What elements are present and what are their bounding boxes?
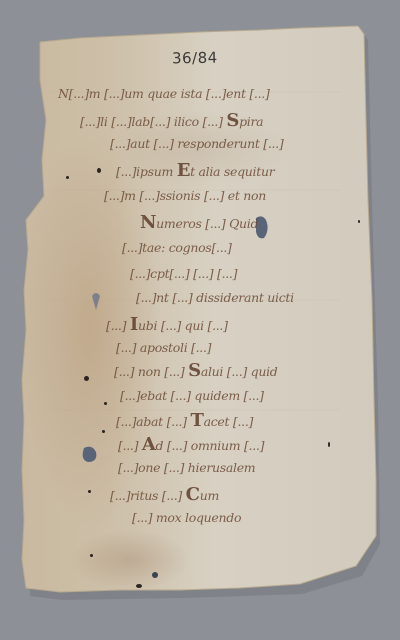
text-line: [...]m [...]ssionis [...] et non [104, 188, 266, 203]
text-line: [...]cpt[...] [...] [...] [130, 266, 237, 281]
text-line: N[...]m [...]um quae ista [...]ent [...] [58, 86, 270, 101]
text-line: [...]abat [...] Tacet [...] [116, 410, 253, 431]
text-line: [...] Iubi [...] qui [...] [106, 314, 228, 335]
text-line: [...]nt [...] dissiderant uicti [136, 290, 294, 305]
text-line: [...]ritus [...] Cum [110, 484, 219, 505]
text-line: [...] mox loquendo [132, 510, 241, 525]
text-line: [...]one [...] hierusalem [118, 460, 255, 475]
text-line: [...]li [...]lab[...] ilico [...] Spira [80, 110, 263, 131]
text-line: [...] non [...] Salui [...] quid [114, 360, 277, 381]
text-line: [...]aut [...] responderunt [...] [110, 136, 283, 151]
manuscript-text: N[...]m [...]um quae ista [...]ent [...]… [0, 0, 400, 640]
manuscript-photo: 36/84 N[...]m [...]um quae ista [...]ent… [0, 0, 400, 640]
text-line: [...] apostoli [...] [116, 340, 211, 355]
text-line: [...] Ad [...] omnium [...] [118, 434, 264, 455]
text-line: Numeros [...] Quid [140, 212, 258, 233]
text-line: [...]ipsum Et alia sequitur [116, 160, 274, 181]
text-line: [...]tae: cognos[...] [122, 240, 232, 255]
text-line: [...]ebat [...] quidem [...] [120, 388, 264, 403]
